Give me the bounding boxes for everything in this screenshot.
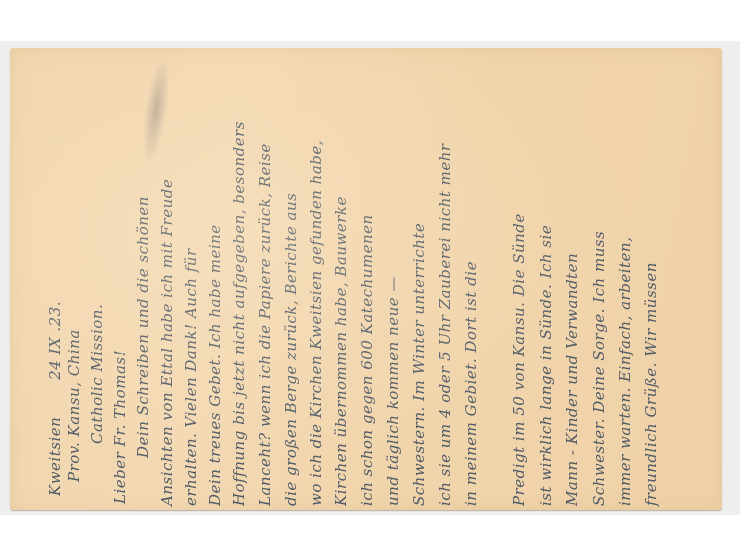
body-line: freundlich Grüße. Wir müssen	[642, 262, 660, 506]
body-line: ist wirklich lange in Sünde. Ich sie	[537, 225, 555, 506]
address-line-2: Catholic Mission.	[88, 304, 106, 444]
body-line: Hoffnung bis jetzt nicht aufgegeben, bes…	[230, 121, 248, 506]
body-line: Schwestern. Im Winter unterrichte	[410, 223, 428, 506]
postcard: Kweitsien 24 IX .23. Prov. Kansu, China …	[10, 48, 722, 510]
body-line: in meinem Gebiet. Dort ist die	[462, 261, 480, 506]
body-line: Dein Schreiben und die schönen	[134, 196, 152, 458]
body-line: Kirchen übernommen habe, Bauwerke	[332, 196, 350, 506]
salutation: Lieber Fr. Thomas!	[111, 350, 129, 504]
body-line: Predigt im 50 von Kansu. Die Sünde	[510, 213, 528, 506]
place-name: Kweitsien	[46, 417, 64, 496]
address-line-1: Prov. Kansu, China	[65, 329, 83, 482]
body-line: Schwester. Deine Sorge. Ich muss	[590, 231, 608, 506]
body-line: und täglich kommen neue —	[384, 276, 402, 506]
body-line: ich sie um 4 oder 5 Uhr Zauberei nicht m…	[436, 143, 454, 506]
body-line: die großen Berge zurück, Berichte aus	[282, 193, 300, 506]
body-line: immer warten. Einfach, arbeiten,	[616, 237, 634, 506]
body-line: erhalten. Vielen Dank! Auch für	[182, 248, 200, 506]
body-line: Lanceht? wenn ich die Papiere zurück, Re…	[256, 143, 274, 506]
body-line: Ansichten von Ettal habe ich mit Freude	[158, 179, 176, 506]
ink-smudge	[137, 55, 174, 167]
header-place-date: Kweitsien 24 IX .23.	[46, 301, 64, 496]
body-line: Mann - Kinder und Verwandten	[563, 253, 581, 506]
body-line: wo ich die Kirchen Kweitsien gefunden ha…	[307, 140, 325, 506]
date: 24 IX .23.	[46, 301, 64, 380]
body-line: ich schon gegen 600 Katechumenen	[358, 214, 376, 506]
body-line: Dein treues Gebet. Ich habe meine	[206, 224, 224, 506]
